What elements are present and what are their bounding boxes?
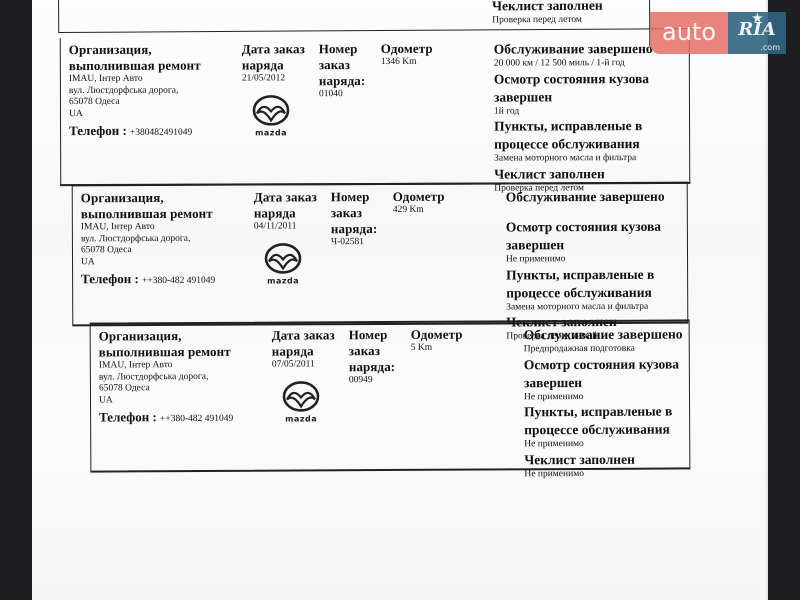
previous-record-fragment: Чеклист заполнен Проверка перед летом xyxy=(58,0,699,33)
order-date-label-1: Дата заказ xyxy=(272,327,352,343)
service-done-value: 20 000 км / 12 500 миль / 1-й год xyxy=(494,58,694,70)
items-fixed-label-1: Пункты, исправленые в xyxy=(524,402,724,421)
odometer-column: Одометр 429 Km xyxy=(393,189,493,217)
body-inspection-value: 1й год xyxy=(494,105,694,117)
svg-text:mazda: mazda xyxy=(285,414,317,423)
order-date-label-1: Дата заказ xyxy=(242,41,322,57)
watermark-ria: ★ RIA .com xyxy=(728,12,786,54)
order-number-label-1: Номер xyxy=(349,327,409,343)
address-line-2: 65078 Одеса xyxy=(99,383,269,395)
country: UA xyxy=(81,256,251,268)
items-fixed-value: Замена моторного масла и фильтра xyxy=(506,301,706,313)
mazda-logo-icon: mazda xyxy=(278,379,324,425)
order-date-label-2: наряда xyxy=(242,57,322,73)
order-number-value: 00949 xyxy=(349,375,409,387)
order-number-label-3: наряда: xyxy=(331,221,391,237)
order-date-value: 21/05/2012 xyxy=(242,73,322,85)
watermark-domain: .com xyxy=(760,44,780,52)
order-date-column: Дата заказ наряда 07/05/2011 mazda xyxy=(272,327,353,430)
phone-row: Телефон : +380482491049 xyxy=(69,122,239,139)
odometer-value: 5 Km xyxy=(411,342,511,354)
odometer-label: Одометр xyxy=(381,41,481,57)
organization-label-2: выполнившая ремонт xyxy=(81,206,251,223)
fragment-checklist: Чеклист заполнен Проверка перед летом xyxy=(492,0,603,27)
service-record: Организация, выполнившая ремонт IMAU, Ін… xyxy=(90,319,691,472)
order-number-value: Ч-02581 xyxy=(331,237,391,249)
organization-label-2: выполнившая ремонт xyxy=(69,57,239,74)
service-record: Организация, выполнившая ремонт IMAU, Ін… xyxy=(60,36,691,186)
address-line-2: 65078 Одеса xyxy=(69,96,239,108)
body-inspection-label-1: Осмотр состояния кузова xyxy=(524,355,724,374)
phone-label: Телефон : xyxy=(69,123,127,138)
order-number-label-2: заказ xyxy=(331,205,391,221)
checklist-value: Проверка перед летом xyxy=(492,15,603,27)
order-date-label-1: Дата заказ xyxy=(254,189,334,205)
order-number-label-1: Номер xyxy=(319,41,379,57)
order-date-label-2: наряда xyxy=(254,205,334,221)
odometer-label: Одометр xyxy=(393,189,493,205)
address-line-1: вул. Люстдорфська дорога, xyxy=(69,85,239,97)
service-details-column: Обслуживание завершено 20 000 км / 12 50… xyxy=(494,40,695,195)
phone-value: ++380-482 491049 xyxy=(160,414,233,424)
order-number-column: Номер заказ наряда: 00949 xyxy=(349,327,409,387)
address-line-1: вул. Люстдорфська дорога, xyxy=(81,233,251,245)
organization-label-2: выполнившая ремонт xyxy=(99,344,269,361)
order-number-label-2: заказ xyxy=(319,57,379,73)
order-number-label-3: наряда: xyxy=(349,359,409,375)
svg-text:mazda: mazda xyxy=(267,276,299,285)
country: UA xyxy=(69,108,239,120)
checklist-label: Чеклист заполнен xyxy=(492,0,603,15)
organization-column: Организация, выполнившая ремонт IMAU, Ін… xyxy=(81,190,251,288)
mazda-logo-icon: mazda xyxy=(248,93,294,139)
body-inspection-label-1: Осмотр состояния кузова xyxy=(494,69,694,88)
organization-label-1: Организация, xyxy=(99,328,269,345)
order-number-column: Номер заказ наряда: Ч-02581 xyxy=(331,189,391,249)
phone-label: Телефон : xyxy=(99,409,157,424)
odometer-column: Одометр 1346 Km xyxy=(381,41,481,69)
items-fixed-label-2: процессе обслуживания xyxy=(506,283,706,302)
phone-value: ++380-482 491049 xyxy=(142,276,215,286)
organization-column: Организация, выполнившая ремонт IMAU, Ін… xyxy=(99,328,270,426)
order-number-label-1: Номер xyxy=(331,189,391,205)
organization-label-1: Организация, xyxy=(81,190,251,207)
odometer-value: 1346 Km xyxy=(381,57,481,69)
odometer-label: Одометр xyxy=(411,326,511,343)
star-icon: ★ xyxy=(752,12,763,24)
body-inspection-label-2: завершен xyxy=(506,236,706,255)
items-fixed-label-1: Пункты, исправленые в xyxy=(506,265,706,284)
organization-name: IMAU, Інтер Авто xyxy=(81,222,251,234)
phone-row: Телефон : ++380-482 491049 xyxy=(81,271,251,288)
order-date-value: 04/11/2011 xyxy=(254,221,334,233)
checklist-label: Чеклист заполнен xyxy=(524,450,724,469)
phone-row: Телефон : ++380-482 491049 xyxy=(99,409,269,426)
service-record: Организация, выполнившая ремонт IMAU, Ін… xyxy=(72,182,689,327)
items-fixed-value: Замена моторного масла и фильтра xyxy=(494,153,694,165)
order-number-column: Номер заказ наряда: 01040 xyxy=(319,41,379,101)
service-done-value xyxy=(506,206,706,219)
order-date-value: 07/05/2011 xyxy=(272,359,352,371)
items-fixed-label-1: Пункты, исправленые в xyxy=(494,117,694,136)
order-date-label-2: наряда xyxy=(272,343,352,359)
items-fixed-label-2: процессе обслуживания xyxy=(524,420,724,439)
body-inspection-value: Не применимо xyxy=(506,254,706,266)
phone-label: Телефон : xyxy=(81,271,139,286)
order-date-column: Дата заказ наряда 04/11/2011 mazda xyxy=(254,189,334,292)
address-line-1: вул. Люстдорфська дорога, xyxy=(99,371,269,383)
organization-column: Организация, выполнившая ремонт IMAU, Ін… xyxy=(69,41,239,139)
odometer-value: 429 Km xyxy=(393,205,493,217)
service-done-label: Обслуживание завершено xyxy=(524,325,724,344)
checklist-value: Не применимо xyxy=(524,468,724,481)
service-details-column: Обслуживание завершено Предпродажная под… xyxy=(524,325,725,480)
order-number-label-2: заказ xyxy=(349,343,409,359)
organization-label-1: Организация, xyxy=(69,41,239,58)
svg-text:mazda: mazda xyxy=(255,128,287,137)
order-number-label-3: наряда: xyxy=(319,73,379,89)
country: UA xyxy=(99,394,269,406)
checklist-label: Чеклист заполнен xyxy=(494,164,694,183)
address-line-2: 65078 Одеса xyxy=(81,245,251,257)
phone-value: +380482491049 xyxy=(130,128,192,138)
odometer-column: Одометр 5 Km xyxy=(411,326,511,354)
items-fixed-label-2: процессе обслуживания xyxy=(494,135,694,154)
organization-name: IMAU, Інтер Авто xyxy=(69,73,239,85)
body-inspection-label-2: завершен xyxy=(524,373,724,392)
order-number-value: 01040 xyxy=(319,89,379,101)
watermark-auto: auto xyxy=(650,12,728,54)
organization-name: IMAU, Інтер Авто xyxy=(99,360,269,372)
mazda-logo-icon: mazda xyxy=(260,241,306,287)
service-done-label: Обслуживание завершено xyxy=(506,188,706,207)
order-date-column: Дата заказ наряда 21/05/2012 mazda xyxy=(242,41,322,144)
autoria-watermark: auto ★ RIA .com xyxy=(650,12,786,54)
body-inspection-label-1: Осмотр состояния кузова xyxy=(506,218,706,237)
body-inspection-label-2: завершен xyxy=(494,87,694,106)
